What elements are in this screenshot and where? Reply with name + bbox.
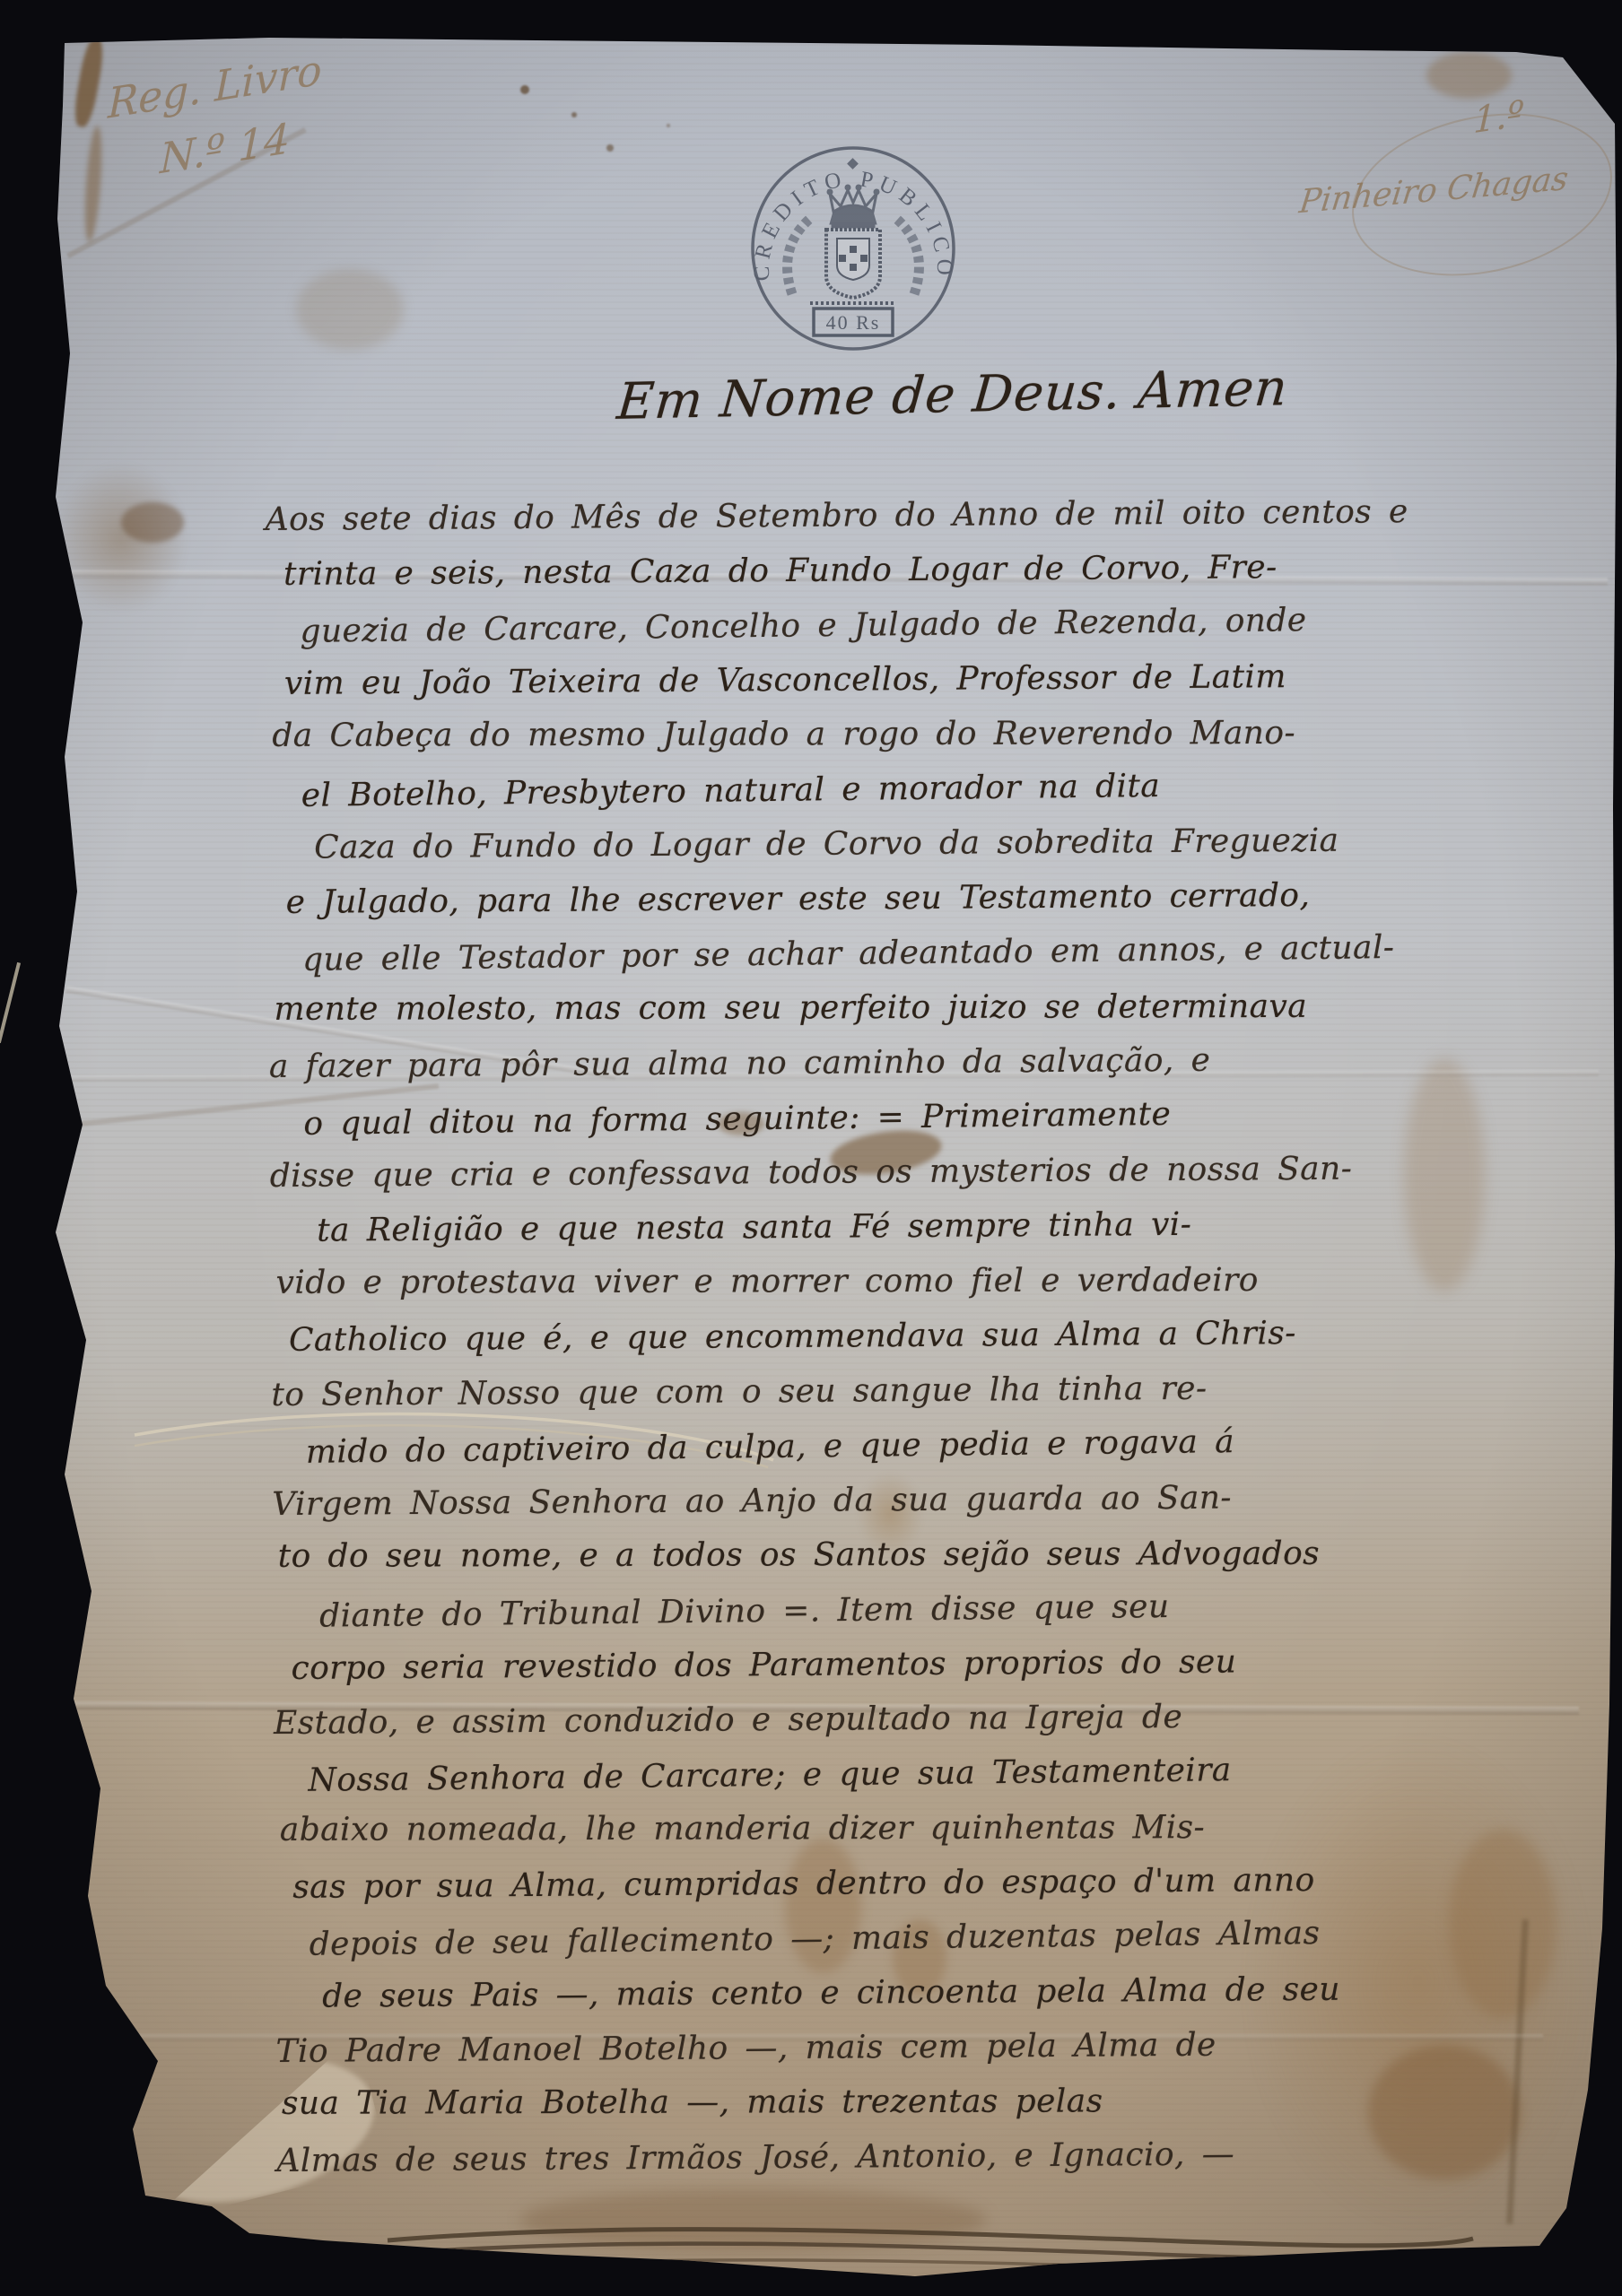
stain [1426,52,1512,99]
handwritten-line: da Cabeça do mesmo Julgado a rogo do Rev… [272,705,1558,763]
stain [71,37,106,128]
handwritten-line: disse que cria e confessava todos os mys… [270,1140,1562,1204]
paper-sheet: CREDITO PUBLICO [0,0,1622,2296]
handwritten-line: Tio Padre Manoel Botelho —, mais cem pel… [275,2015,1567,2079]
handwritten-line: Aos sete dias do Mês de Setembro do Anno… [265,483,1557,547]
stamp-denomination-text: 40 Rs [826,311,881,334]
stain [520,2188,987,2251]
stain [296,269,404,350]
handwritten-line: Catholico que é, e que encommendava sua … [289,1304,1563,1368]
stain [520,85,529,94]
registry-note: Reg. Livro N.º 14 [106,38,322,199]
handwritten-line: Virgem Nossa Senhora ao Anjo da sua guar… [272,1468,1564,1532]
handwritten-line: que elle Testador por se achar adeantado… [302,918,1561,987]
handwritten-line: Caza do Fundo do Logar de Corvo da sobre… [314,812,1559,875]
folio-mark: 1.º [1472,93,1524,143]
photographed-document: CREDITO PUBLICO [0,0,1622,2296]
handwritten-line: abaixo nomeada, lhe manderia dizer quinh… [280,1799,1566,1857]
stain [82,126,104,243]
handwritten-line: sua Tia Maria Botelha —, mais trezentas … [282,2073,1568,2131]
handwritten-body: Aos sete dias do Mês de Setembro do Anno… [265,483,1568,2188]
document-title: Em Nome de Deus. Amen [615,359,1290,431]
frayed-thread [0,962,21,1043]
stamp-shield-icon [826,230,880,298]
handwritten-line: Nossa Senhora de Carcare; e que sua Test… [308,1739,1566,1808]
credito-publico-stamp: CREDITO PUBLICO [747,142,959,357]
stain [121,502,184,543]
handwritten-line: vido e protestava viver e morrer como fi… [275,1252,1562,1310]
handwritten-line: to do seu nome, e a todos os Santos sejã… [278,1526,1565,1584]
handwritten-line: Almas de seus tres Irmãos José, Antonio,… [276,2125,1568,2188]
handwritten-line: de seus Pais —, mais cento e cincoenta p… [322,1961,1567,2024]
stamp-denomination: 40 Rs [810,303,896,335]
handwritten-line: ta Religião e que nesta santa Fé sempre … [317,1195,1562,1258]
handwritten-line: mente molesto, mas com seu perfeito juiz… [274,978,1560,1037]
